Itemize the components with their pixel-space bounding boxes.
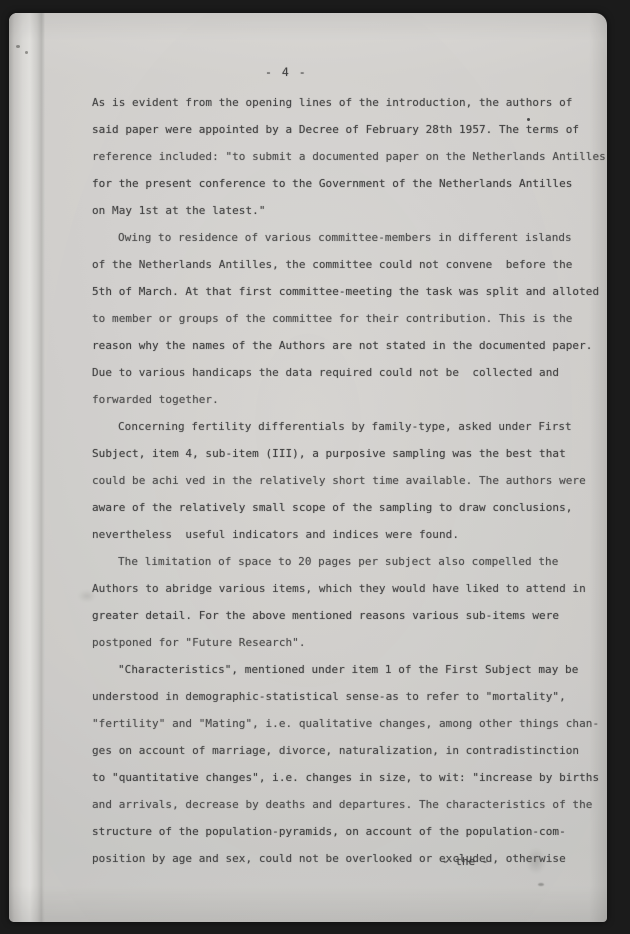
text-line: The limitation of space to 20 pages per … <box>92 548 614 575</box>
text-line: Subject, item 4, sub-item (III), a purpo… <box>92 440 614 467</box>
text-line: position by age and sex, could not be ov… <box>92 845 614 872</box>
text-line: for the present conference to the Govern… <box>92 170 614 197</box>
text-line: to member or groups of the committee for… <box>92 305 614 332</box>
text-line: greater detail. For the above mentioned … <box>92 602 614 629</box>
text-line: Due to various handicaps the data requir… <box>92 359 614 386</box>
text-line: Authors to abridge various items, which … <box>92 575 614 602</box>
text-line: of the Netherlands Antilles, the committ… <box>92 251 614 278</box>
body-text: As is evident from the opening lines of … <box>92 89 614 872</box>
text-line: "fertility" and "Mating", i.e. qualitati… <box>92 710 614 737</box>
text-line: aware of the relatively small scope of t… <box>92 494 614 521</box>
catchword: - the - <box>442 855 488 868</box>
text-line: on May 1st at the latest." <box>92 197 614 224</box>
page-left-edge <box>9 13 45 922</box>
text-line: 5th of March. At that first committee-me… <box>92 278 614 305</box>
scan-backdrop: - 4 - As is evident from the opening lin… <box>0 0 630 934</box>
text-line: postponed for "Future Research". <box>92 629 614 656</box>
text-line: nevertheless useful indicators and indic… <box>92 521 614 548</box>
text-line: understood in demographic-statistical se… <box>92 683 614 710</box>
page-number: - 4 - <box>265 65 307 79</box>
text-line: reference included: "to submit a documen… <box>92 143 614 170</box>
text-line: Owing to residence of various committee-… <box>92 224 614 251</box>
text-line: Concerning fertility differentials by fa… <box>92 413 614 440</box>
text-line: "Characteristics", mentioned under item … <box>92 656 614 683</box>
text-line: forwarded together. <box>92 386 614 413</box>
text-line: to "quantitative changes", i.e. changes … <box>92 764 614 791</box>
text-line: said paper were appointed by a Decree of… <box>92 116 614 143</box>
text-line: could be achi ved in the relatively shor… <box>92 467 614 494</box>
text-line: and arrivals, decrease by deaths and dep… <box>92 791 614 818</box>
text-line: reason why the names of the Authors are … <box>92 332 614 359</box>
text-line: structure of the population-pyramids, on… <box>92 818 614 845</box>
text-line: As is evident from the opening lines of … <box>92 89 614 116</box>
text-line: ges on account of marriage, divorce, nat… <box>92 737 614 764</box>
